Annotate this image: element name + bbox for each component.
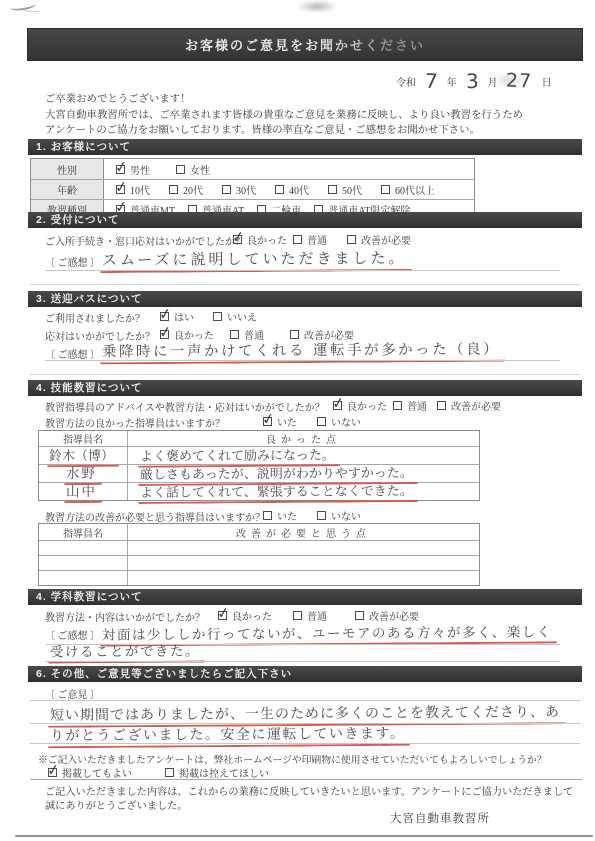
date-year-value: 7 <box>424 69 438 94</box>
publish-options-line: 掲載してもよい 掲載は控えてほしい <box>48 765 448 778</box>
intro-line: ご卒業おめでとうございます！ <box>45 92 523 108</box>
reception-improve-checkbox <box>347 235 356 244</box>
title-banner: お客様のご意見をお聞かせください <box>28 29 582 60</box>
female-option: 女性 <box>176 162 210 177</box>
good-instructor-question: 教習方法の良かった指導員はいますか？ <box>45 415 225 430</box>
publish-decline-checkbox <box>165 768 174 777</box>
improve-instructor-table: 指導員名 改善が必要と思う点 <box>38 523 480 586</box>
classroom-comment-handwriting-line2: 受けることができた。 <box>48 639 205 663</box>
good-instructor-table: 指導員名 良かった点 鈴木（博） よく褒めてくれて励みになった。 水野 厳しさも… <box>38 430 480 501</box>
scan-artifact <box>10 0 37 12</box>
age-row: 年齢 10代 20代 30代 40代 50代 60代以上 <box>31 179 474 199</box>
empty-table-row <box>39 570 479 585</box>
reception-good-checkbox <box>233 235 242 244</box>
publish-consent-note: ※ご記入いただきましたアンケートは、弊社ホームページや印刷物に使用させていただい… <box>38 752 547 766</box>
classroom-normal-option: 普通 <box>293 608 327 623</box>
skill-good-option: 良かった <box>333 398 387 413</box>
divider-line <box>30 779 582 780</box>
improve-instructor-yes-checkbox <box>263 511 272 520</box>
writing-line <box>45 360 560 361</box>
age-20s-checkbox <box>169 185 178 194</box>
section-2-header: 2. 受付について <box>28 212 582 228</box>
good-table-col1-header: 指導員名 <box>63 431 103 446</box>
age-50s-option: 50代 <box>328 182 362 197</box>
classroom-improve-checkbox <box>355 611 364 620</box>
section-3-header: 3. 送迎バスについて <box>28 291 582 307</box>
section-1-header: 1. お客様について <box>28 139 582 155</box>
skill-improve-option: 改善が必要 <box>437 398 501 413</box>
good-instructor-yes-checkbox <box>263 417 272 426</box>
good-point-handwriting: よく話してくれて、緊張することなくできた。 <box>138 480 418 504</box>
signature: 大宮自動車教習所 <box>45 809 490 827</box>
writing-line <box>30 743 580 744</box>
page-title: お客様のご意見をお聞かせください <box>185 35 425 54</box>
reception-normal-option: 普通 <box>293 232 327 247</box>
age-10s-option: 10代 <box>116 182 150 197</box>
reception-comment-label: 〔 ご感想 〕 <box>45 254 100 269</box>
gender-row: 性別 男性 女性 <box>31 159 474 179</box>
publish-allow-checkbox <box>48 768 57 777</box>
good-instructor-question-line: 教習方法の良かった指導員はいますか？ いた いない <box>45 415 565 428</box>
classroom-question: 教習方法・内容はいかがでしたか？ <box>45 609 205 624</box>
age-20s-option: 20代 <box>169 182 203 197</box>
bus-used-no-checkbox <box>213 312 222 321</box>
bus-normal-checkbox <box>230 330 239 339</box>
date-day-value: 27 <box>506 70 533 93</box>
improve-table-col1-header: 指導員名 <box>63 525 103 540</box>
writing-line <box>30 374 580 375</box>
writing-line <box>30 284 580 285</box>
good-instructor-row: 山中 よく話してくれて、緊張することなくできた。 <box>39 482 479 500</box>
age-40s-option: 40代 <box>275 182 309 197</box>
opinion-handwriting-line2: りがとうございました。安全に運転していきます。 <box>48 723 411 749</box>
bus-comment-label: 〔 ご感想 〕 <box>45 346 100 361</box>
reception-improve-option: 改善が必要 <box>347 232 411 247</box>
scan-artifact <box>296 0 338 13</box>
age-10s-checkbox <box>116 185 125 194</box>
intro-paragraph: ご卒業おめでとうございます！ 大宮自動車教習所では、ご卒業されます皆様の貴重なご… <box>45 92 523 139</box>
improve-instructor-yes-option: いた <box>263 508 297 523</box>
opinion-label: 〔 ご意見 〕 <box>45 686 100 701</box>
section-5-header: 4. 学科教習について <box>28 589 582 605</box>
good-instructor-no-checkbox <box>317 417 326 426</box>
improve-instructor-no-option: いない <box>317 508 361 523</box>
empty-table-row <box>39 555 479 570</box>
skill-normal-option: 普通 <box>393 398 427 413</box>
male-option: 男性 <box>116 162 150 177</box>
age-40s-checkbox <box>275 185 284 194</box>
classroom-good-checkbox <box>218 611 227 620</box>
footer-line: ご記入いただきました内容は、これからの業務に反映していきたいと思います。アンケー… <box>45 786 573 800</box>
age-row-label: 年齢 <box>57 182 77 197</box>
bus-used-yes-option: はい <box>160 309 194 324</box>
improve-instructor-question: 教習方法の改善が必要と思う指導員はいますか？ <box>45 509 265 524</box>
bus-used-no-option: いいえ <box>213 309 257 324</box>
day-label: 日 <box>542 74 552 89</box>
instructor-advice-question: 教習指導員のアドバイスや教習方法・応対はいかがでしたか？ <box>45 399 325 414</box>
classroom-good-option: 良かった <box>218 608 272 623</box>
female-checkbox <box>176 165 185 174</box>
customer-info-table: 性別 男性 女性 年齢 10代 20代 30代 40代 50代 60代以上 教習… <box>30 158 475 220</box>
age-30s-checkbox <box>222 185 231 194</box>
gender-row-label: 性別 <box>57 162 77 177</box>
reception-good-option: 良かった <box>233 232 287 247</box>
writing-line <box>45 661 560 662</box>
good-instructor-yes-option: いた <box>263 414 297 429</box>
reception-question-line: ご入所手続き・窓口応対はいかがでしたか？ 良かった 普通 改善が必要 <box>45 233 565 246</box>
instructor-name-handwriting: 山中 <box>64 480 102 503</box>
good-instructor-no-option: いない <box>317 414 361 429</box>
empty-table-row <box>39 540 479 555</box>
improve-table-col2-header: 改善が必要と思う点 <box>236 525 371 540</box>
improve-instructor-question-line: 教習方法の改善が必要と思う指導員はいますか？ いた いない <box>45 509 565 522</box>
bus-used-question-line: ご利用されましたか？ はい いいえ <box>45 310 565 323</box>
improve-instructor-no-checkbox <box>317 511 326 520</box>
classroom-normal-checkbox <box>293 611 302 620</box>
publish-decline-option: 掲載は控えてほしい <box>165 765 269 780</box>
intro-line: 大宮自動車教習所では、ご卒業されます皆様の貴重なご意見を業務に反映し、より良い教… <box>45 108 523 124</box>
bus-used-yes-checkbox <box>160 312 169 321</box>
skill-normal-checkbox <box>393 401 402 410</box>
instructor-advice-question-line: 教習指導員のアドバイスや教習方法・応対はいかがでしたか？ 良かった 普通 改善が… <box>45 399 585 412</box>
skill-improve-checkbox <box>437 401 446 410</box>
age-60s-option: 60代以上 <box>381 182 435 197</box>
reception-question: ご入所手続き・窓口応対はいかがでしたか？ <box>45 233 245 248</box>
age-30s-option: 30代 <box>222 182 256 197</box>
intro-line: アンケートのご協力をお願いしております。皆様の率直なご意見・ご感想をお聞かせ下さ… <box>45 123 523 139</box>
bus-improve-checkbox <box>290 330 299 339</box>
year-label: 年 <box>447 74 457 89</box>
section-4-header: 4. 技能教習について <box>28 380 582 396</box>
date-month-value: 3 <box>465 69 479 93</box>
publish-allow-option: 掲載してもよい <box>48 765 132 780</box>
male-checkbox <box>116 165 125 174</box>
month-label: 月 <box>487 74 497 89</box>
age-60s-checkbox <box>381 185 390 194</box>
writing-line <box>45 270 560 271</box>
bus-good-checkbox <box>160 330 169 339</box>
reception-normal-checkbox <box>293 235 302 244</box>
bottom-edge-line <box>15 835 593 837</box>
scan-artifact <box>22 5 41 13</box>
section-6-header: 6. その他、ご意見等ございましたらご記入下さい <box>28 666 582 682</box>
skill-good-checkbox <box>333 401 342 410</box>
school-name: 大宮自動車教習所 <box>390 813 490 825</box>
era-label: 令和 <box>396 74 416 89</box>
bus-used-question: ご利用されましたか？ <box>45 310 145 325</box>
age-50s-checkbox <box>328 185 337 194</box>
scanned-questionnaire-page: お客様のご意見をお聞かせください 令和 7 年 3 月 27 日 ご卒業おめでと… <box>0 0 595 841</box>
